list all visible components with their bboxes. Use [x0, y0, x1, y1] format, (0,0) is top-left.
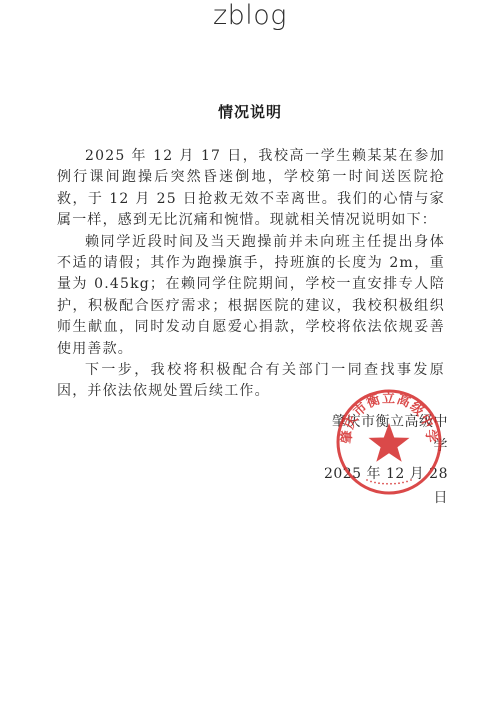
signature-organization: 肇庆市衡立高级中学: [318, 410, 448, 458]
paragraph-incident: 2025 年 12 月 17 日，我校高一学生赖某某在参加例行课间跑操后突然昏迷…: [57, 146, 445, 232]
signature-date: 2025 年 12 月 28 日: [318, 462, 448, 510]
paragraph-next-steps: 下一步，我校将积极配合有关部门一同查找事发原因，并依法依规处置后续工作。: [57, 360, 445, 403]
site-title: zblog: [0, 0, 500, 32]
paragraph-details: 赖同学近段时间及当天跑操前并未向班主任提出身体不适的请假；其作为跑操旗手，持班旗…: [57, 232, 445, 360]
document-title: 情况说明: [0, 102, 500, 122]
document-body: 2025 年 12 月 17 日，我校高一学生赖某某在参加例行课间跑操后突然昏迷…: [57, 146, 445, 403]
faint-scan-mark: [355, 530, 455, 540]
signature-block: 肇庆市衡立高级中学 2025 年 12 月 28 日: [318, 410, 448, 510]
